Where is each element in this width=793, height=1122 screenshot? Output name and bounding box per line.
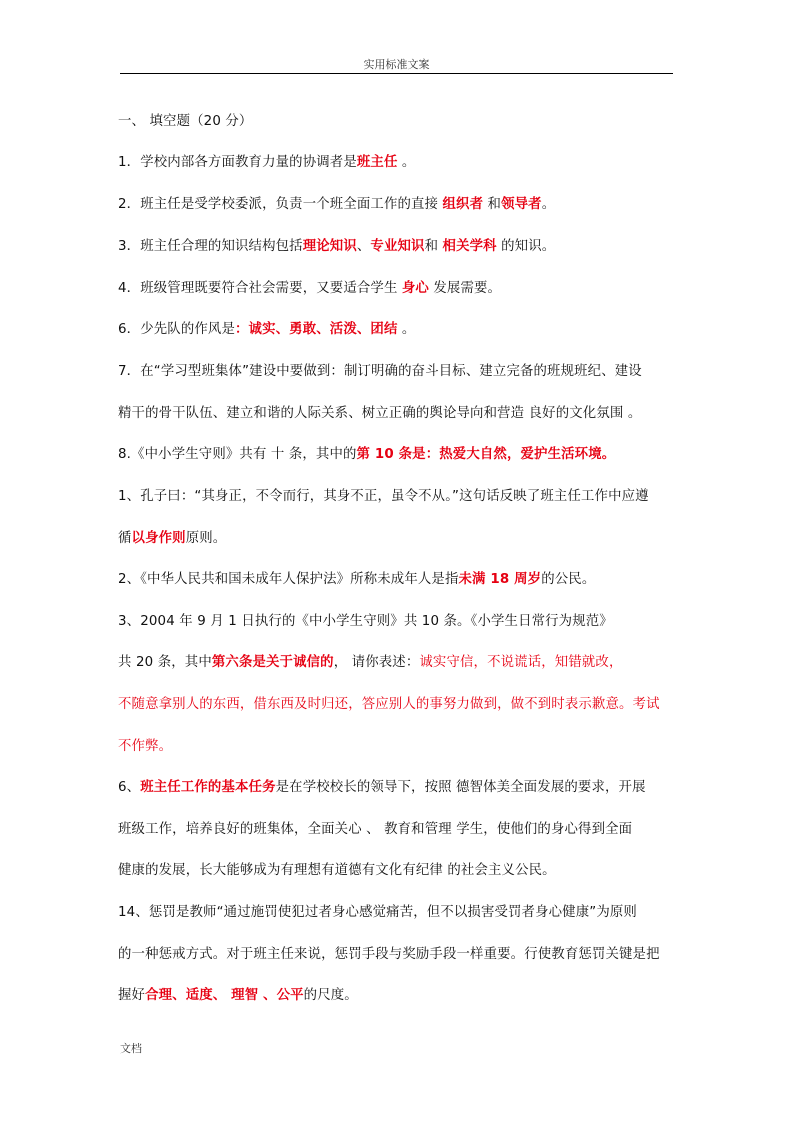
answer-description: 诚实守信，不说谎话，知错就改， bbox=[419, 655, 622, 670]
question-14-line-3: 握好合理、适度、 理智 、公平的尺度。 bbox=[118, 984, 358, 1003]
answer: 班主任工作的基本任务 bbox=[140, 780, 275, 795]
answer: 第六条是关于诚信的 bbox=[212, 655, 334, 670]
answer: 身心 bbox=[402, 281, 429, 296]
question-b3-line-1: 3、2004 年 9 月 1 日执行的《中小学生守则》共 10 条。《小学生日常… bbox=[118, 610, 613, 629]
answer: ：诚实、勇敢、活泼、团结 bbox=[235, 322, 398, 337]
question-b2: 2、《中华人民共和国未成年人保护法》所称未成年人是指未满 18 周岁的公民。 bbox=[118, 568, 595, 587]
question-b1-line-1: 1、孔子曰：“其身正，不令而行，其身不正，虽令不从。”这句话反映了班主任工作中应… bbox=[118, 485, 649, 504]
question-b6-line-1: 6、班主任工作的基本任务是在学校校长的领导下，按照 德智体美全面发展的要求，开展 bbox=[118, 776, 646, 795]
question-1: 1．学校内部各方面教育力量的协调者是班主任 。 bbox=[118, 151, 415, 170]
answer: 未满 18 周岁 bbox=[458, 572, 541, 587]
answer: 班主任 bbox=[357, 155, 398, 170]
question-b6-line-3: 健康的发展，长大能够成为有理想有道德有文化有纪律 的社会主义公民。 bbox=[118, 859, 556, 878]
question-14-line-1: 14、惩罚是教师“通过施罚使犯过者身心感觉痛苦，但不以损害受罚者身心健康”为原则 bbox=[118, 901, 637, 920]
question-2: 2．班主任是受学校委派，负责一个班全面工作的直接 组织者 和领导者。 bbox=[118, 193, 555, 212]
page-footer-label: 文档 bbox=[120, 1040, 142, 1056]
question-b1-line-2: 循以身作则原则。 bbox=[118, 527, 226, 546]
page-header-title: 实用标准文案 bbox=[120, 56, 673, 72]
question-b6-line-2: 班级工作，培养良好的班集体，全面关心 、 教育和管理 学生，使他们的身心得到全面 bbox=[118, 818, 632, 837]
question-b3-line-4: 不作弊。 bbox=[118, 735, 172, 754]
question-b3-line-2: 共 20 条，其中第六条是关于诚信的， 请你表述：诚实守信，不说谎话，知错就改， bbox=[118, 651, 623, 670]
section-title: 一、 填空题（20 分） bbox=[118, 110, 252, 129]
question-8: 8.《中小学生守则》共有 十 条，其中的第 10 条是：热爱大自然，爱护生活环境… bbox=[118, 443, 615, 462]
header-divider bbox=[120, 73, 673, 74]
answer: 合理、适度、 理智 、公平 bbox=[145, 988, 304, 1003]
question-6: 6．少先队的作风是：诚实、勇敢、活泼、团结 。 bbox=[118, 318, 415, 337]
question-7-line-2: 精干的骨干队伍、建立和谐的人际关系、树立正确的舆论导向和营造 良好的文化氛围 。 bbox=[118, 402, 641, 421]
question-b3-line-3: 不随意拿别人的东西，借东西及时归还，答应别人的事努力做到，做不到时表示歉意。考试 bbox=[118, 693, 660, 712]
answer: 理论知识 bbox=[303, 239, 357, 254]
question-3: 3．班主任合理的知识结构包括理论知识、专业知识和 相关学科 的知识。 bbox=[118, 235, 555, 254]
answer: 以身作则 bbox=[132, 531, 186, 546]
answer: 领导者 bbox=[501, 197, 542, 212]
answer: 相关学科 bbox=[443, 239, 497, 254]
answer: 专业知识 bbox=[370, 239, 424, 254]
question-4: 4．班级管理既要符合社会需要，又要适合学生 身心 发展需要。 bbox=[118, 277, 501, 296]
answer: 第 10 条是：热爱大自然，爱护生活环境。 bbox=[357, 447, 616, 462]
question-7-line-1: 7．在“学习型班集体”建设中要做到：制订明确的奋斗目标、建立完备的班规班纪、建设 bbox=[118, 360, 642, 379]
question-14-line-2: 的一种惩戒方式。对于班主任来说，惩罚手段与奖励手段一样重要。行使教育惩罚关键是把 bbox=[118, 943, 660, 962]
answer: 组织者 bbox=[443, 197, 484, 212]
